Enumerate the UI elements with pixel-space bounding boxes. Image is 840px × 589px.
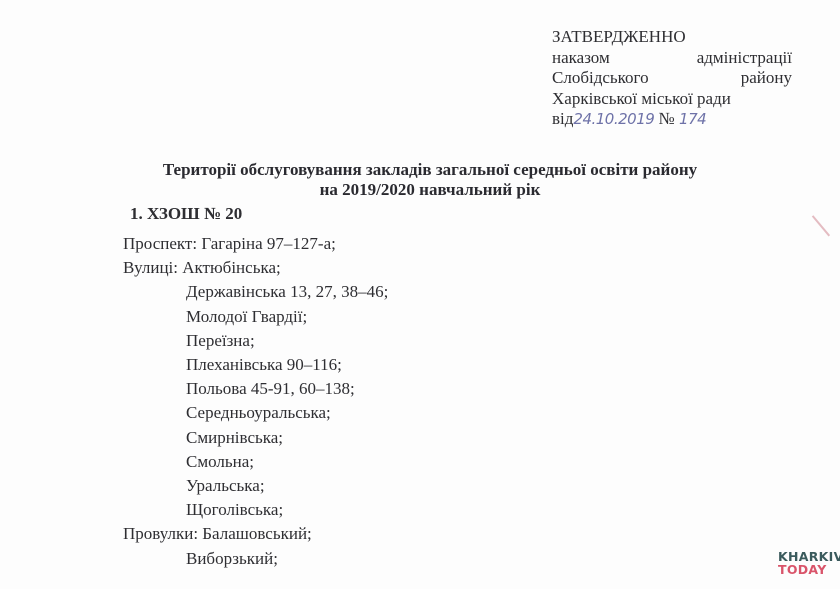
list-item: Смольна;	[123, 450, 388, 474]
approval-line-3: Слобідського району	[552, 68, 792, 89]
handwritten-number: 174	[679, 110, 706, 128]
approval-text: адміністрації	[697, 48, 792, 69]
approval-date-line: від24.10.2019 № 174	[552, 109, 792, 130]
title-line-2: на 2019/2020 навчальний рік	[100, 180, 760, 200]
logo-line-2: TODAY	[778, 563, 840, 576]
list-item: Польова 45-91, 60–138;	[123, 377, 388, 401]
list-item: Смирнівська;	[123, 426, 388, 450]
approval-text: Слобідського	[552, 68, 649, 89]
list-item: Плеханівська 90–116;	[123, 353, 388, 377]
section-heading: 1. ХЗОШ № 20	[130, 204, 242, 224]
list-item: Середньоуральська;	[123, 401, 388, 425]
approval-status: ЗАТВЕРДЖЕННО	[552, 27, 792, 48]
handwritten-date: 24.10.2019	[573, 110, 654, 128]
list-item: Уральська;	[123, 474, 388, 498]
approval-text: наказом	[552, 48, 610, 69]
approval-line-2: наказом адміністрації	[552, 48, 792, 69]
pen-mark	[812, 216, 830, 237]
list-item: Вулиці: Актюбінська;	[123, 256, 388, 280]
number-prefix: №	[659, 109, 675, 128]
list-item: Виборзький;	[123, 547, 388, 571]
list-item: Щоголівська;	[123, 498, 388, 522]
date-prefix: від	[552, 109, 573, 128]
list-item: Провулки: Балашовський;	[123, 522, 388, 546]
list-item: Молодої Гвардії;	[123, 305, 388, 329]
approval-line-4: Харківської міської ради	[552, 89, 792, 110]
list-item: Державінська 13, 27, 38–46;	[123, 280, 388, 304]
approval-stamp: ЗАТВЕРДЖЕННО наказом адміністрації Слобі…	[552, 27, 792, 130]
approval-text: району	[741, 68, 792, 89]
watermark-logo: KHARKIV TODAY	[778, 550, 840, 576]
list-item: Проспект: Гагаріна 97–127-а;	[123, 232, 388, 256]
street-list: Проспект: Гагаріна 97–127-а;Вулиці: Актю…	[123, 232, 388, 571]
document-title: Території обслуговування закладів загаль…	[100, 160, 760, 200]
title-line-1: Території обслуговування закладів загаль…	[100, 160, 760, 180]
list-item: Переїзна;	[123, 329, 388, 353]
